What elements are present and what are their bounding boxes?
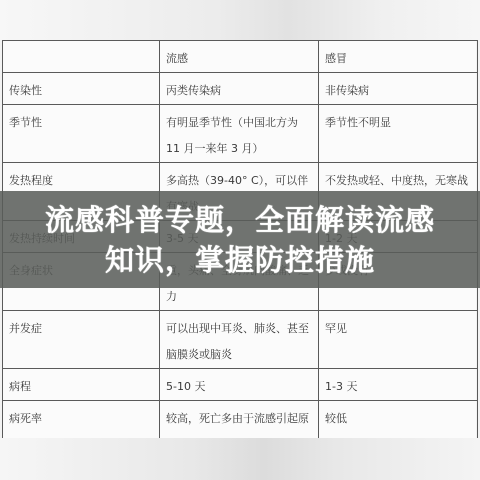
- table-header-row: 流感 感冒: [3, 41, 478, 73]
- title-line-2: 知识，掌握防控措施: [105, 240, 375, 280]
- cold-cell: 季节性不明显: [319, 105, 478, 163]
- flu-cell: 有明显季节性（中国北方为 11 月一来年 3 月）: [160, 105, 319, 163]
- title-line-1: 流感科普专题，全面解读流感: [45, 200, 435, 240]
- photo-background-bottom: [0, 438, 480, 480]
- table-row: 并发症 可以出现中耳炎、肺炎、甚至 脑膜炎或脑炎 罕见: [3, 311, 478, 369]
- table-row: 病程 5-10 天 1-3 天: [3, 369, 478, 401]
- flu-cell: 可以出现中耳炎、肺炎、甚至 脑膜炎或脑炎: [160, 311, 319, 369]
- cell-text: 可以出现中耳炎、肺炎、甚至: [166, 316, 312, 342]
- row-label: 并发症: [3, 311, 160, 369]
- flu-cell: 5-10 天: [160, 369, 319, 401]
- header-cell-flu: 流感: [160, 41, 319, 73]
- cell-text: 罕见: [325, 316, 471, 342]
- cell-text: 较低: [325, 406, 471, 432]
- cold-cell: 非传染病: [319, 73, 478, 105]
- cell-text: 脑膜炎或脑炎: [166, 342, 312, 368]
- cell-text: 5-10 天: [166, 374, 312, 400]
- header-cell-cold: 感冒: [319, 41, 478, 73]
- row-label: 季节性: [3, 105, 160, 163]
- header-cell-empty: [3, 41, 160, 73]
- cell-text: 丙类传染病: [166, 78, 312, 104]
- cell-text: 1-3 天: [325, 374, 471, 400]
- cell-text: 11 月一来年 3 月）: [166, 136, 312, 162]
- cell-text: 季节性不明显: [325, 110, 471, 136]
- overlay-title: 流感科普专题，全面解读流感 知识，掌握防控措施: [0, 191, 480, 288]
- cold-cell: 1-3 天: [319, 369, 478, 401]
- table-row: 季节性 有明显季节性（中国北方为 11 月一来年 3 月） 季节性不明显: [3, 105, 478, 163]
- cell-text: 非传染病: [325, 78, 471, 104]
- cold-cell: 罕见: [319, 311, 478, 369]
- cell-text: 有明显季节性（中国北方为: [166, 110, 312, 136]
- flu-cell: 丙类传染病: [160, 73, 319, 105]
- row-label: 传染性: [3, 73, 160, 105]
- cell-text: 较高，死亡多由于流感引起原: [166, 406, 312, 432]
- photo-background-top: [0, 0, 480, 40]
- table-row: 传染性 丙类传染病 非传染病: [3, 73, 478, 105]
- row-label: 病程: [3, 369, 160, 401]
